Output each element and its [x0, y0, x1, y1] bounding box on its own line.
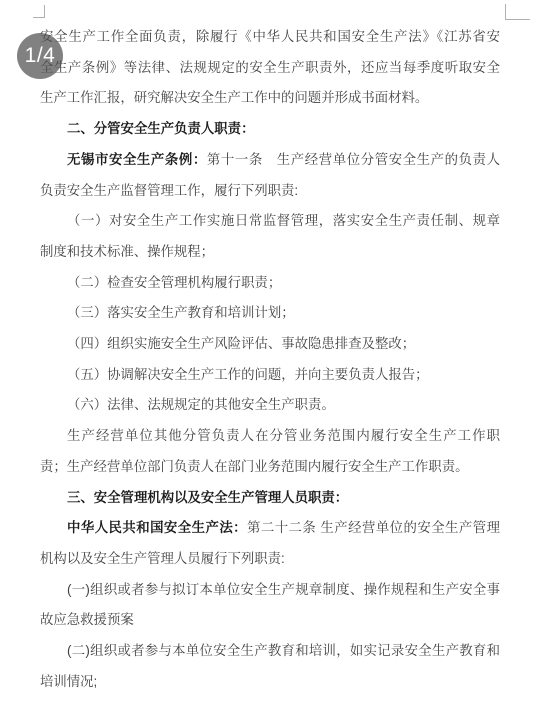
text-segment: （三）落实安全生产教育和培训计划；	[67, 305, 295, 320]
text-line: 安全生产工作全面负责，除履行《中华人民共和国安全生产法》《江苏省安	[40, 22, 500, 53]
text-line: 二、分管安全生产负责人职责：	[40, 114, 500, 145]
text-segment: （二）检查安全管理机构履行职责；	[67, 275, 281, 290]
text-segment: 培训情况;	[40, 674, 97, 689]
text-line: 负责安全生产监督管理工作，履行下列职责:	[40, 176, 500, 207]
text-line: 培训情况;	[40, 667, 500, 698]
text-line: 中华人民共和国安全生产法：第二十二条 生产经营单位的安全生产管理	[40, 513, 500, 544]
text-line: (一)组织或者参与拟订本单位安全生产规章制度、操作规程和生产安全事	[40, 575, 500, 606]
text-line: 全生产条例》等法律、法规规定的安全生产职责外，还应当每季度听取安全	[40, 53, 500, 84]
text-line: 制度和技术标准、操作规程；	[40, 237, 500, 268]
text-line: 责；生产经营单位部门负责人在部门业务范围内履行安全生产工作职责。	[40, 452, 500, 483]
text-segment: 负责安全生产监督管理工作，履行下列职责:	[40, 183, 298, 198]
text-segment: 安全生产工作全面负责，除履行《中华人民共和国安全生产法》《江苏省安	[40, 29, 500, 44]
text-segment: （一）对安全生产工作实施日常监督管理，落实安全生产责任制、规章	[67, 213, 500, 228]
document-body: 安全生产工作全面负责，除履行《中华人民共和国安全生产法》《江苏省安全生产条例》等…	[0, 0, 540, 697]
text-line: 生产经营单位其他分管负责人在分管业务范围内履行安全生产工作职	[40, 421, 500, 452]
text-line: （五）协调解决安全生产工作的问题，并向主要负责人报告；	[40, 360, 500, 391]
bold-text-segment: 中华人民共和国安全生产法：	[67, 520, 247, 535]
text-segment: (一)组织或者参与拟订本单位安全生产规章制度、操作规程和生产安全事	[67, 582, 500, 597]
bold-text-segment: 无锡市安全生产条例：	[67, 152, 207, 167]
text-line: （四）组织实施安全生产风险评估、事故隐患排查及整改；	[40, 329, 500, 360]
text-segment: 生产经营单位其他分管负责人在分管业务范围内履行安全生产工作职	[67, 428, 500, 443]
text-segment: (二)组织或者参与本单位安全生产教育和培训，如实记录安全生产教育和	[67, 643, 500, 658]
text-segment: （六）法律、法规规定的其他安全生产职责。	[67, 397, 335, 412]
text-segment: （五）协调解决安全生产工作的问题，并向主要负责人报告；	[67, 367, 429, 382]
text-segment: （四）组织实施安全生产风险评估、事故隐患排查及整改；	[67, 336, 415, 351]
text-line: （六）法律、法规规定的其他安全生产职责。	[40, 390, 500, 421]
text-line: (二)组织或者参与本单位安全生产教育和培训，如实记录安全生产教育和	[40, 636, 500, 667]
text-line: 生产工作汇报，研究解决安全生产工作中的问题并形成书面材料。	[40, 83, 500, 114]
page-number-label: 1/4	[25, 44, 56, 68]
text-line: （三）落实安全生产教育和培训计划；	[40, 298, 500, 329]
page-number-badge: 1/4	[17, 33, 63, 79]
text-line: 三、安全管理机构以及安全生产管理人员职责：	[40, 483, 500, 514]
text-line: 机构以及安全生产管理人员履行下列职责:	[40, 544, 500, 575]
text-segment: 机构以及安全生产管理人员履行下列职责:	[40, 551, 285, 566]
text-segment: 故应急救援预案	[40, 612, 134, 627]
text-segment: 制度和技术标准、操作规程；	[40, 244, 214, 259]
text-segment: 全生产条例》等法律、法规规定的安全生产职责外，还应当每季度听取安全	[40, 60, 500, 75]
text-line: （一）对安全生产工作实施日常监督管理，落实安全生产责任制、规章	[40, 206, 500, 237]
bold-text-segment: 二、分管安全生产负责人职责：	[67, 121, 254, 136]
text-segment: 第十一条 生产经营单位分管安全生产的负责人	[207, 152, 500, 167]
text-line: （二）检查安全管理机构履行职责；	[40, 268, 500, 299]
text-line: 故应急救援预案	[40, 605, 500, 636]
document-page[interactable]: 安全生产工作全面负责，除履行《中华人民共和国安全生产法》《江苏省安全生产条例》等…	[0, 0, 540, 721]
text-segment: 第二十二条 生产经营单位的安全生产管理	[247, 520, 500, 535]
text-segment: 生产工作汇报，研究解决安全生产工作中的问题并形成书面材料。	[40, 90, 428, 105]
bold-text-segment: 三、安全管理机构以及安全生产管理人员职责：	[67, 490, 348, 505]
text-segment: 责；生产经营单位部门负责人在部门业务范围内履行安全生产工作职责。	[40, 459, 469, 474]
text-line: 无锡市安全生产条例：第十一条 生产经营单位分管安全生产的负责人	[40, 145, 500, 176]
